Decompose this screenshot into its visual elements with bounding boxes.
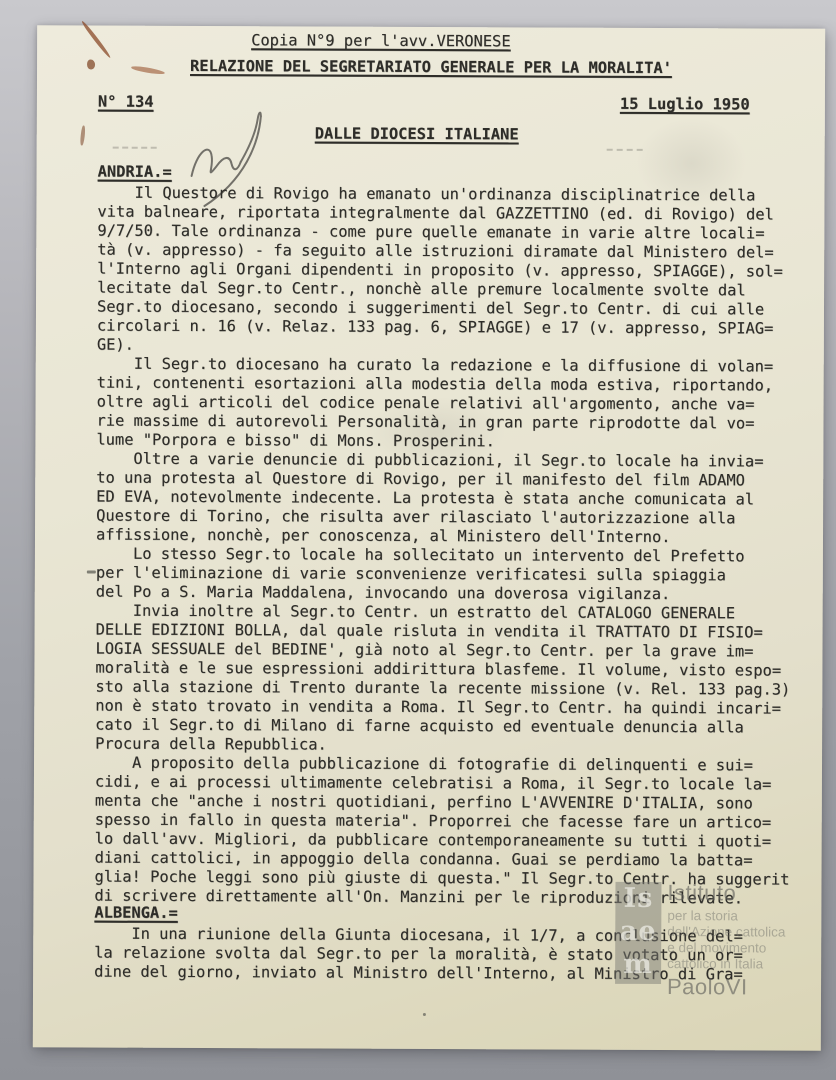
diocese-heading-andria: ANDRIA.=: [98, 163, 172, 182]
rust-stain: [87, 60, 95, 70]
logo-letters: ae: [615, 915, 661, 948]
photo-of-document: Copia N°9 per l'avv.VERONESE RELAZIONE D…: [0, 0, 836, 1080]
section-title: DALLE DIOCESI ITALIANE: [315, 124, 537, 144]
watermark-text: per la storia: [667, 908, 738, 923]
pencil-dash: [607, 149, 643, 151]
rust-stain: [131, 65, 165, 75]
watermark-text: e del movimento: [667, 940, 766, 955]
text-line: circolari n. 16 (v. Relaz. 133 pag. 6, S…: [97, 317, 792, 339]
watermark-text: cattolico in Italia: [667, 956, 763, 971]
watermark-paolovi: PaoloVI: [667, 974, 748, 1000]
logo-letters: m: [615, 948, 661, 981]
report-number: N° 134: [98, 93, 178, 112]
diocese-heading-albenga: ALBENGA.=: [94, 904, 177, 923]
pencil-dash: [113, 147, 157, 149]
ink-speck: [423, 1013, 426, 1016]
report-date: 15 Luglio 1950: [615, 95, 750, 115]
rust-stain: [80, 125, 86, 145]
copy-recipient-line: Copia N°9 per l'avv.VERONESE: [251, 31, 511, 51]
isacem-logo: Is ae m: [615, 882, 661, 984]
ink-speck: [87, 571, 96, 574]
watermark-text: dell'Azione cattolica: [667, 924, 785, 940]
rust-stain: [81, 20, 112, 59]
report-title: RELAZIONE DEL SEGRETARIATO GENERALE PER …: [190, 57, 672, 78]
andria-paragraphs: Il Questore di Rovigo ha emanato un'ordi…: [94, 184, 792, 909]
typewritten-page: Copia N°9 per l'avv.VERONESE RELAZIONE D…: [33, 25, 825, 1050]
archive-watermark: Is ae m Istituto per la storia dell'Azio…: [615, 876, 801, 1022]
logo-letters: Is: [615, 882, 661, 915]
watermark-institute-name: Istituto: [667, 880, 736, 906]
